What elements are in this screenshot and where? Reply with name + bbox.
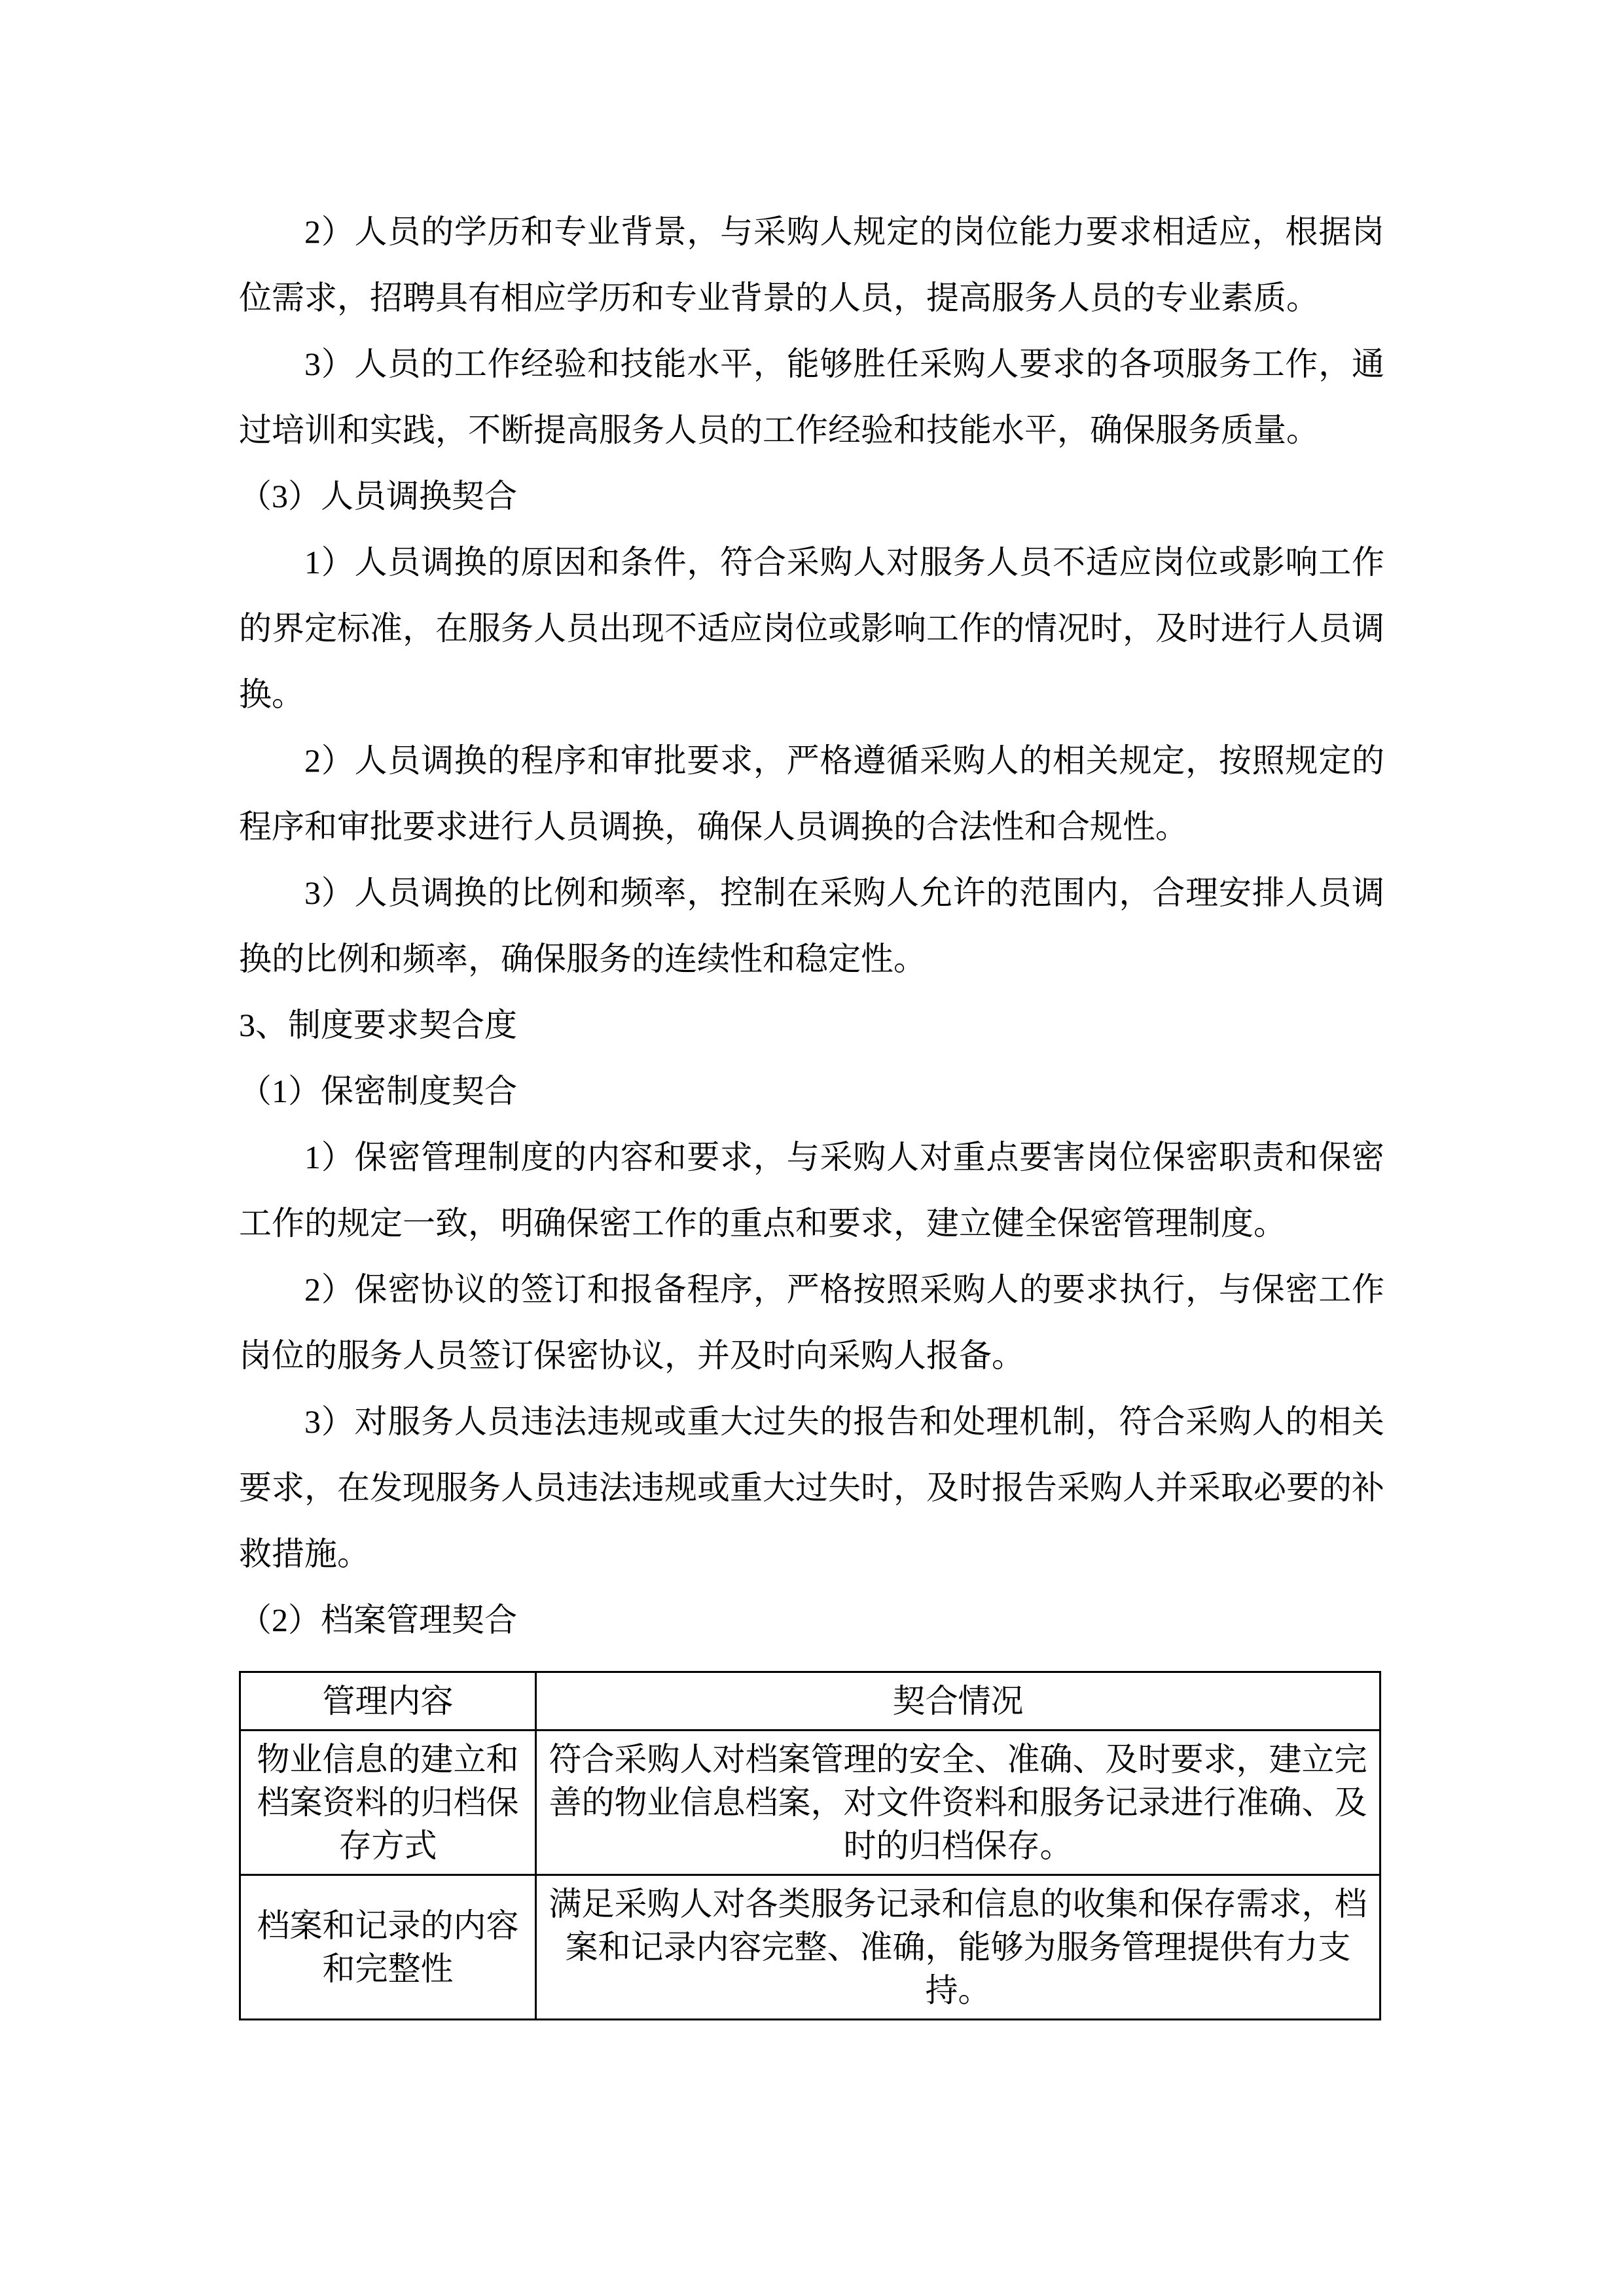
table-header-fit-situation: 契合情况	[536, 1672, 1380, 1731]
document-body: 2）人员的学历和专业背景，与采购人规定的岗位能力要求相适应，根据岗位需求，招聘具…	[239, 199, 1384, 2020]
table-cell-row1-situation: 符合采购人对档案管理的安全、准确、及时要求，建立完善的物业信息档案，对文件资料和…	[536, 1731, 1380, 1875]
table-cell-row1-content: 物业信息的建立和档案资料的归档保存方式	[240, 1731, 536, 1875]
table-row: 档案和记录的内容和完整性 满足采购人对各类服务记录和信息的收集和保存需求，档案和…	[240, 1875, 1380, 2020]
document-page: 2）人员的学历和专业背景，与采购人规定的岗位能力要求相适应，根据岗位需求，招聘具…	[0, 0, 1624, 2296]
paragraph-education-background: 2）人员的学历和专业背景，与采购人规定的岗位能力要求相适应，根据岗位需求，招聘具…	[239, 199, 1384, 331]
table-cell-row2-content: 档案和记录的内容和完整性	[240, 1875, 536, 2020]
paragraph-confidentiality-agreement: 2）保密协议的签订和报备程序，严格按照采购人的要求执行，与保密工作岗位的服务人员…	[239, 1257, 1384, 1389]
paragraph-work-experience: 3）人员的工作经验和技能水平，能够胜任采购人要求的各项服务工作，通过培训和实践，…	[239, 331, 1384, 463]
paragraph-violation-reporting: 3）对服务人员违法违规或重大过失的报告和处理机制，符合采购人的相关要求，在发现服…	[239, 1389, 1384, 1587]
section-heading-system-fit: 3、制度要求契合度	[239, 992, 1384, 1058]
section-heading-personnel-swap: （3）人员调换契合	[239, 463, 1384, 529]
table-header-row: 管理内容 契合情况	[240, 1672, 1380, 1731]
paragraph-swap-reasons: 1）人员调换的原因和条件，符合采购人对服务人员不适应岗位或影响工作的界定标准，在…	[239, 529, 1384, 728]
archive-management-table: 管理内容 契合情况 物业信息的建立和档案资料的归档保存方式 符合采购人对档案管理…	[239, 1671, 1381, 2020]
table-row: 物业信息的建立和档案资料的归档保存方式 符合采购人对档案管理的安全、准确、及时要…	[240, 1731, 1380, 1875]
table-header-management-content: 管理内容	[240, 1672, 536, 1731]
table-cell-row2-situation: 满足采购人对各类服务记录和信息的收集和保存需求，档案和记录内容完整、准确，能够为…	[536, 1875, 1380, 2020]
paragraph-swap-procedure: 2）人员调换的程序和审批要求，严格遵循采购人的相关规定，按照规定的程序和审批要求…	[239, 728, 1384, 860]
section-heading-confidentiality: （1）保密制度契合	[239, 1058, 1384, 1124]
paragraph-swap-ratio: 3）人员调换的比例和频率，控制在采购人允许的范围内，合理安排人员调换的比例和频率…	[239, 860, 1384, 992]
section-heading-archive-management: （2）档案管理契合	[239, 1587, 1384, 1653]
paragraph-confidentiality-system: 1）保密管理制度的内容和要求，与采购人对重点要害岗位保密职责和保密工作的规定一致…	[239, 1124, 1384, 1257]
